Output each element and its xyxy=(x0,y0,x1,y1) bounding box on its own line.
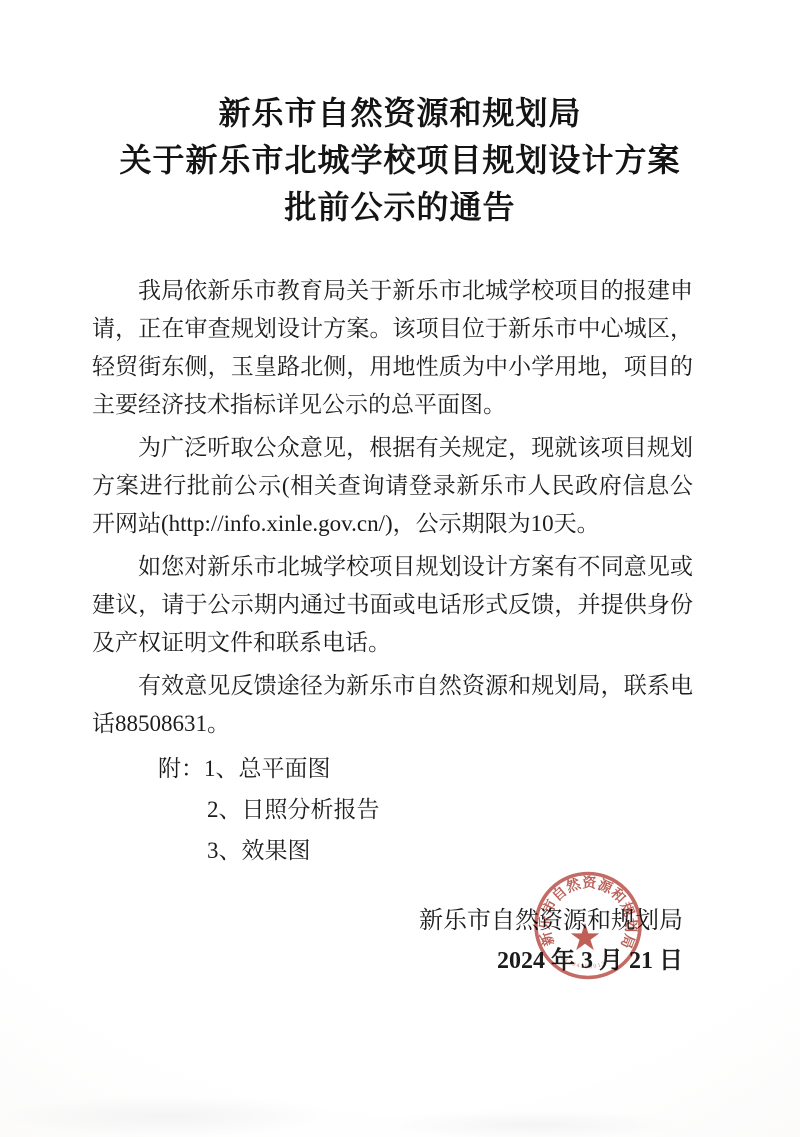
title-line-subject: 关于新乐市北城学校项目规划设计方案 xyxy=(0,137,800,184)
attachments-label: 附： xyxy=(158,756,204,781)
signature-agency: 新乐市自然资源和规划局 xyxy=(419,906,683,936)
paragraph-publicity-period: 为广泛听取公众意见，根据有关规定，现就该项目规划方案进行批前公示(相关查询请登录… xyxy=(92,429,693,543)
attachment-item-2: 2、日照分析报告 xyxy=(158,789,693,830)
scan-smudge xyxy=(0,1095,340,1137)
notice-body: 我局依新乐市教育局关于新乐市北城学校项目的报建申请，正在审查规划设计方案。该项目… xyxy=(92,272,693,871)
signature-date: 2024 年 3 月 21 日 xyxy=(419,946,683,976)
scanned-notice-page: 新乐市自然资源和规划局 关于新乐市北城学校项目规划设计方案 批前公示的通告 我局… xyxy=(0,0,800,1137)
paragraph-contact-info: 有效意见反馈途径为新乐市自然资源和规划局，联系电话88508631。 xyxy=(92,667,693,743)
notice-title: 新乐市自然资源和规划局 关于新乐市北城学校项目规划设计方案 批前公示的通告 xyxy=(0,90,800,231)
attachment-item-3: 3、效果图 xyxy=(158,830,693,871)
paragraph-project-intro: 我局依新乐市教育局关于新乐市北城学校项目的报建申请，正在审查规划设计方案。该项目… xyxy=(92,272,693,424)
scan-smudge xyxy=(380,1110,680,1137)
paragraph-feedback-instructions: 如您对新乐市北城学校项目规划设计方案有不同意见或建议，请于公示期内通过书面或电话… xyxy=(92,548,693,662)
attachments-list: 附：1、总平面图 2、日照分析报告 3、效果图 xyxy=(158,748,693,871)
title-line-agency: 新乐市自然资源和规划局 xyxy=(0,90,800,137)
attachment-1-text: 1、总平面图 xyxy=(204,756,331,781)
attachment-item-1: 附：1、总平面图 xyxy=(158,748,693,789)
attachment-2-text: 2、日照分析报告 xyxy=(207,797,380,822)
title-line-type: 批前公示的通告 xyxy=(0,184,800,231)
signature-block: 新乐市自然资源和规划局 2024 年 3 月 21 日 xyxy=(419,906,683,976)
attachment-3-text: 3、效果图 xyxy=(207,838,311,863)
